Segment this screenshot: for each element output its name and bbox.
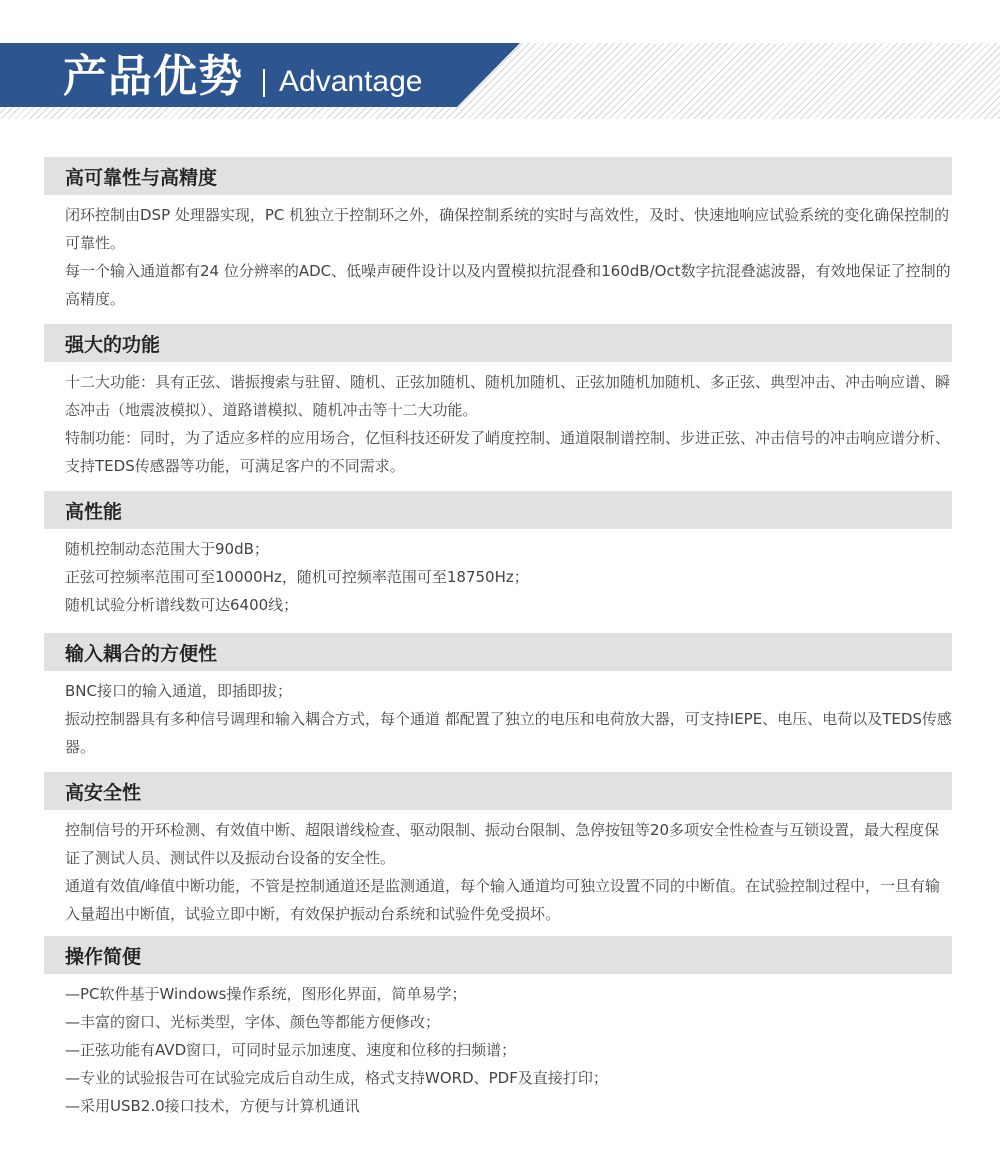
section-body: 控制信号的开环检测、有效值中断、超限谱线检查、驱动限制、振动台限制、急停按钮等2… [44,810,952,928]
section-functions: 强大的功能 十二大功能：具有正弦、谐振搜索与驻留、随机、正弦加随机、随机加随机、… [44,324,952,480]
paragraph: BNC接口的输入通道，即插即拔； [65,677,952,705]
list-item: —采用USB2.0接口技术，方便与计算机通讯 [65,1092,952,1120]
section-safety: 高安全性 控制信号的开环检测、有效值中断、超限谱线检查、驱动限制、振动台限制、急… [44,772,952,928]
section-heading: 输入耦合的方便性 [44,633,952,671]
list-item: —正弦功能有AVD窗口，可同时显示加速度、速度和位移的扫频谱； [65,1036,952,1064]
section-body: —PC软件基于Windows操作系统，图形化界面，简单易学； —丰富的窗口、光标… [44,974,952,1120]
banner-blue-panel: 产品优势 Advantage [0,43,520,107]
banner-subtitle: Advantage [279,63,422,101]
section-heading: 操作简便 [44,936,952,974]
section-performance: 高性能 随机控制动态范围大于90dB； 正弦可控频率范围可至10000Hz，随机… [44,491,952,619]
title-banner: 产品优势 Advantage [0,43,1000,119]
paragraph: 十二大功能：具有正弦、谐振搜索与驻留、随机、正弦加随机、随机加随机、正弦加随机加… [65,368,952,424]
paragraph: 特制功能：同时，为了适应多样的应用场合，亿恒科技还研发了峭度控制、通道限制谱控制… [65,424,952,480]
paragraph: 每一个输入通道都有24 位分辨率的ADC、低噪声硬件设计以及内置模拟抗混叠和16… [65,257,952,313]
section-heading: 高安全性 [44,772,952,810]
section-body: 随机控制动态范围大于90dB； 正弦可控频率范围可至10000Hz，随机可控频率… [44,529,952,619]
banner-title: 产品优势 [63,51,243,103]
section-heading: 强大的功能 [44,324,952,362]
list-item: —PC软件基于Windows操作系统，图形化界面，简单易学； [65,980,952,1008]
section-easy-operation: 操作简便 —PC软件基于Windows操作系统，图形化界面，简单易学； —丰富的… [44,936,952,1120]
paragraph: 正弦可控频率范围可至10000Hz，随机可控频率范围可至18750Hz； [65,563,952,591]
section-body: 十二大功能：具有正弦、谐振搜索与驻留、随机、正弦加随机、随机加随机、正弦加随机加… [44,362,952,480]
paragraph: 振动控制器具有多种信号调理和输入耦合方式，每个通道 都配置了独立的电压和电荷放大… [65,705,952,761]
list-item: —丰富的窗口、光标类型，字体、颜色等都能方便修改； [65,1008,952,1036]
paragraph: 通道有效值/峰值中断功能，不管是控制通道还是监测通道，每个输入通道均可独立设置不… [65,872,952,928]
list-item: —专业的试验报告可在试验完成后自动生成，格式支持WORD、PDF及直接打印； [65,1064,952,1092]
section-reliability: 高可靠性与高精度 闭环控制由DSP 处理器实现，PC 机独立于控制环之外，确保控… [44,157,952,313]
section-heading: 高性能 [44,491,952,529]
paragraph: 随机试验分析谱线数可达6400线； [65,591,952,619]
banner-separator [263,69,265,97]
section-heading: 高可靠性与高精度 [44,157,952,195]
paragraph: 控制信号的开环检测、有效值中断、超限谱线检查、驱动限制、振动台限制、急停按钮等2… [65,816,952,872]
paragraph: 随机控制动态范围大于90dB； [65,535,952,563]
section-body: BNC接口的输入通道，即插即拔； 振动控制器具有多种信号调理和输入耦合方式，每个… [44,671,952,761]
section-body: 闭环控制由DSP 处理器实现，PC 机独立于控制环之外，确保控制系统的实时与高效… [44,195,952,313]
paragraph: 闭环控制由DSP 处理器实现，PC 机独立于控制环之外，确保控制系统的实时与高效… [65,201,952,257]
section-input-coupling: 输入耦合的方便性 BNC接口的输入通道，即插即拔； 振动控制器具有多种信号调理和… [44,633,952,761]
